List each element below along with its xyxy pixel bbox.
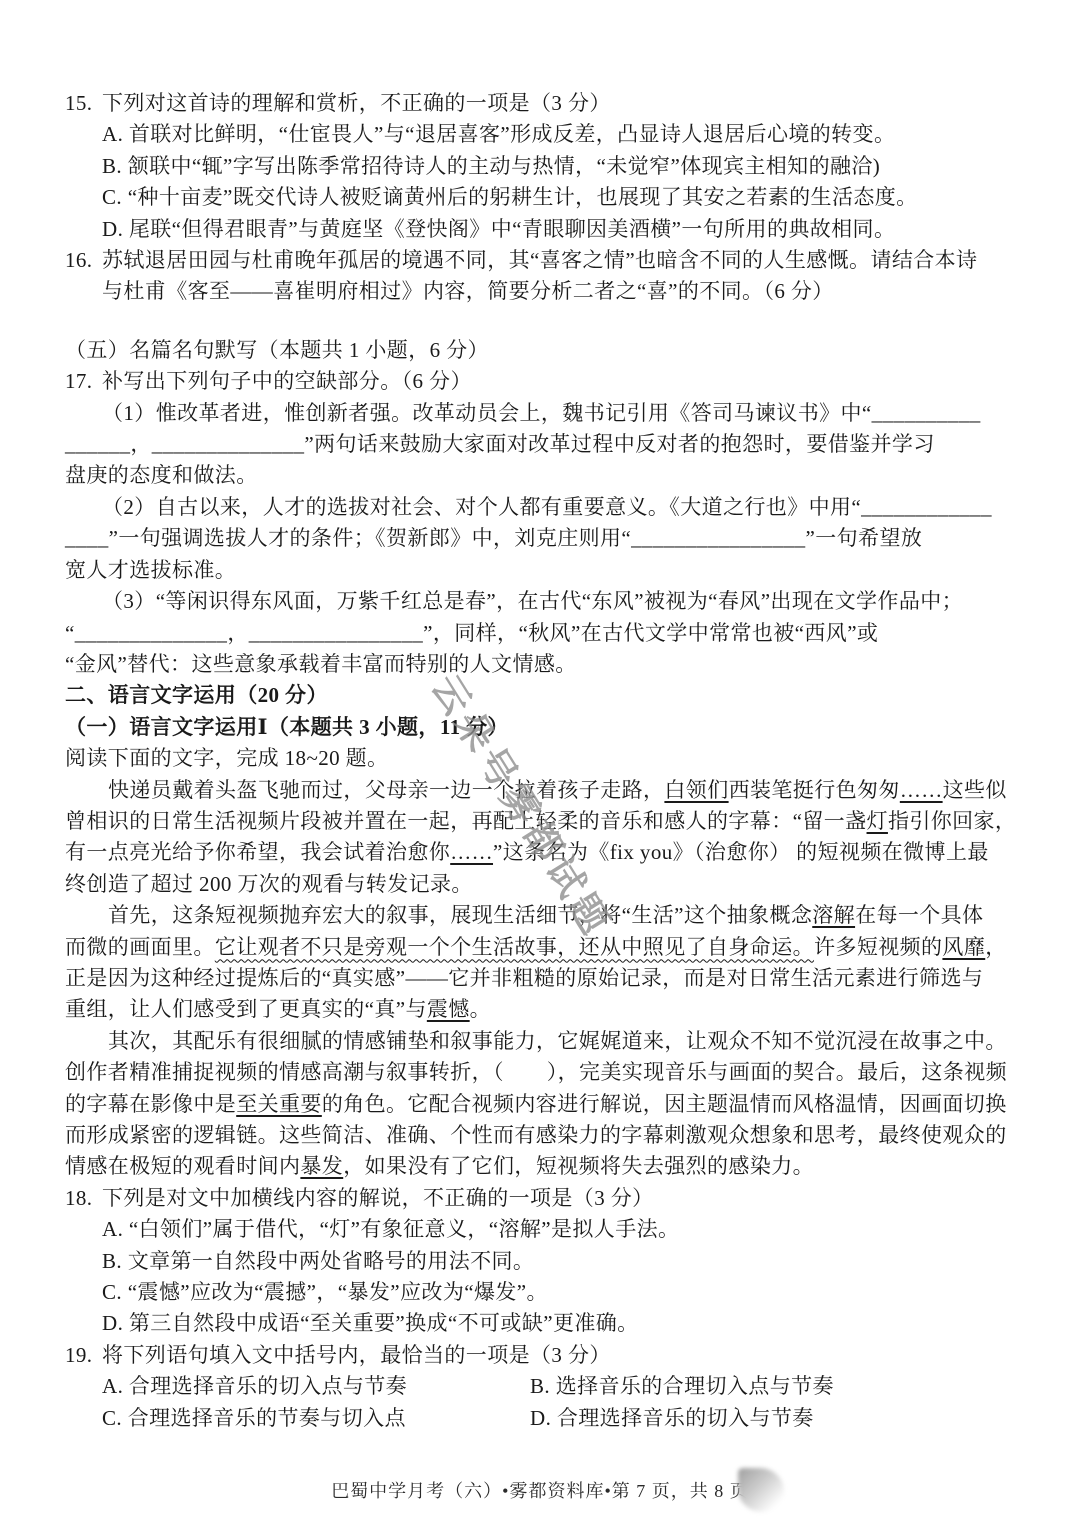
text-run: A. 首联对比鲜明，“仕宦畏人”与“退居喜客”形成反差，凸显诗人退居后心境的转变…: [102, 122, 895, 146]
text-run: B. 颔联中“辄”字写出陈季常招待诗人的主动与热情，“未觉窄”体现宾主相知的融洽…: [102, 154, 880, 178]
text-run: 与杜甫《客至——喜崔明府相过》内容，简要分析二者之“喜”的不同。（6 分）: [102, 279, 834, 303]
passage-p1-line2: 曾相识的日常生活视频片段被并置在一起，再配上轻柔的音乐和感人的字幕：“留一盏灯指…: [65, 806, 1023, 837]
passage-p2-line4: 重组，让人们感受到了更真实的“真”与震憾。: [65, 994, 1023, 1025]
text-run: 指引你回家，: [888, 809, 1016, 833]
q15-option-a: A. 首联对比鲜明，“仕宦畏人”与“退居喜客”形成反差，凸显诗人退居后心境的转变…: [65, 119, 1023, 150]
q17-blank-2-line1: （2）自古以来，人才的选拔对社会、对个人都有重要意义。《大道之行也》中用“___…: [65, 492, 1023, 523]
text-run: B. 文章第一自然段中两处省略号的用法不同。: [102, 1249, 534, 1273]
option-column: D. 合理选择音乐的切入与节奏: [530, 1403, 814, 1434]
exam-page: 15.下列对这首诗的理解和赏析，不正确的一项是（3 分）A. 首联对比鲜明，“仕…: [65, 88, 1023, 1434]
text-run: 将下列语句填入文中括号内，最恰当的一项是（3 分）: [102, 1343, 611, 1367]
text-run: （2）自古以来，人才的选拔对社会、对个人都有重要意义。《大道之行也》中用“___…: [102, 495, 992, 519]
q17-blank-1-line1: （1）惟改革者进，惟创新者强。改革动员会上，魏书记引用《答司马谏议书》中“___…: [65, 398, 1023, 429]
text-run: B. 选择音乐的合理切入点与节奏: [530, 1374, 834, 1398]
q17-blank-1-line2: ______，______________”两句话来鼓励大家面对改革过程中反对者…: [65, 429, 1023, 460]
wavy-underlined-text: 它让观者不只是旁观一个个生活故事，还从中照见了自身命运。: [215, 935, 814, 959]
underlined-text: 暴发: [300, 1154, 343, 1178]
q18-stem: 18.下列是对文中加横线内容的解说，不正确的一项是（3 分）: [65, 1183, 1023, 1214]
q17-blank-1-line3: 盘庚的态度和做法。: [65, 460, 1023, 491]
q18-option-b: B. 文章第一自然段中两处省略号的用法不同。: [65, 1246, 1023, 1277]
reading-instruction: 阅读下面的文字，完成 18~20 题。: [65, 743, 1023, 774]
text-run: ______，______________”两句话来鼓励大家面对改革过程中反对者…: [65, 432, 935, 456]
q17-blank-3-line1: （3）“等闲识得东风面，万紫千红总是春”，在古代“东风”被视为“春风”出现在文学…: [65, 586, 1023, 617]
option-column: C. 合理选择音乐的节奏与切入点: [102, 1403, 530, 1434]
text-run: 的字幕在影像中是: [65, 1092, 236, 1116]
passage-p3-line5: 情感在极短的观看时间内暴发，如果没有了它们，短视频将失去强烈的感染力。: [65, 1151, 1023, 1182]
text-run: （1）惟改革者进，惟创新者强。改革动员会上，魏书记引用《答司马谏议书》中“___…: [102, 401, 981, 425]
q18-option-d: D. 第三自然段中成语“至关重要”换成“不可或缺”更准确。: [65, 1308, 1023, 1339]
passage-p3-line1: 其次，其配乐有很细腻的情感铺垫和叙事能力，它娓娓道来，让观众不知不觉沉浸在故事之…: [65, 1026, 1023, 1057]
text-run: 情感在极短的观看时间内: [65, 1154, 300, 1178]
option-column: A. 合理选择音乐的切入点与节奏: [102, 1371, 530, 1402]
text-run: D. 尾联“但得君眼青”与黄庭坚《登快阁》中“青眼聊因美酒横”一句所用的典故相同…: [102, 217, 895, 241]
text-run: 曾相识的日常生活视频片段被并置在一起，再配上轻柔的音乐和感人的字幕：“留一盏: [65, 809, 867, 833]
exam-body: 15.下列对这首诗的理解和赏析，不正确的一项是（3 分）A. 首联对比鲜明，“仕…: [65, 88, 1023, 1434]
q17-blank-2-line3: 宽人才选拔标准。: [65, 555, 1023, 586]
text-run: ____”一句强调选拔人才的条件；《贺新郎》中，刘克庄则用“__________…: [65, 526, 922, 550]
q15-stem: 15.下列对这首诗的理解和赏析，不正确的一项是（3 分）: [65, 88, 1023, 119]
text-run: （一）语言文字运用Ⅰ（本题共 3 小题，11 分）: [65, 715, 509, 739]
q18-option-c: C. “震憾”应改为“震撼”，“暴发”应改为“爆发”。: [65, 1277, 1023, 1308]
question-number: 19.: [65, 1340, 102, 1371]
text-run: 的角色。它配合视频内容进行解说，因主题温情而风格温情，因画面切换: [322, 1092, 1007, 1116]
text-run: ，: [985, 935, 1006, 959]
text-run: 西装笔挺行色匆匆: [729, 778, 900, 802]
text-run: 快递员戴着头盔飞驰而过，父母亲一边一个拉着孩子走路，: [108, 778, 664, 802]
passage-p2-line3: 正是因为这种经过提炼后的“真实感”——它并非粗糙的原始记录，而是对日常生活元素进…: [65, 963, 1023, 994]
spacer: [65, 308, 1023, 335]
passage-p1-line4: 终创造了超过 200 万次的观看与转发记录。: [65, 869, 1023, 900]
text-run: A. “白领们”属于借代，“灯”有象征意义，“溶解”是拟人手法。: [102, 1217, 679, 1241]
text-run: “金风”替代：这些意象承载着丰富而特别的人文情感。: [65, 652, 577, 676]
text-run: 重组，让人们感受到了更真实的“真”与: [65, 997, 427, 1021]
question-number: 16.: [65, 245, 102, 276]
text-run: D. 合理选择音乐的切入与节奏: [530, 1406, 814, 1430]
question-number: 17.: [65, 366, 102, 397]
q19-stem: 19.将下列语句填入文中括号内，最恰当的一项是（3 分）: [65, 1340, 1023, 1371]
text-run: 宽人才选拔标准。: [65, 558, 236, 582]
q17-blank-3-line2: “______________，________________”，同样，“秋风…: [65, 618, 1023, 649]
question-number: 15.: [65, 88, 102, 119]
underlined-text: 溶解: [812, 903, 855, 927]
underlined-text: 震憾: [427, 997, 470, 1021]
question-number: 18.: [65, 1183, 102, 1214]
q17-blank-2-line2: ____”一句强调选拔人才的条件；《贺新郎》中，刘克庄则用“__________…: [65, 523, 1023, 554]
text-run: （五）名篇名句默写（本题共 1 小题，6 分）: [65, 338, 489, 362]
text-run: ”这条名为《fix you》（治愈你） 的短视频在微博上最: [493, 840, 989, 864]
q17-stem: 17.补写出下列句子中的空缺部分。（6 分）: [65, 366, 1023, 397]
q16-stem: 16.苏轼退居田园与杜甫晚年孤居的境遇不同，其“喜客之情”也暗含不同的人生感慨。…: [65, 245, 1023, 276]
text-run: ，如果没有了它们，短视频将失去强烈的感染力。: [343, 1154, 814, 1178]
passage-p2-line2: 而微的画面里。它让观者不只是旁观一个个生活故事，还从中照见了自身命运。许多短视频…: [65, 932, 1023, 963]
text-run: 而微的画面里。: [65, 935, 215, 959]
text-run: （3）“等闲识得东风面，万紫千红总是春”，在古代“东风”被视为“春风”出现在文学…: [102, 589, 963, 613]
passage-p3-line2: 创作者精准捕捉视频的情感高潮与叙事转折，（ ），完美实现音乐与画面的契合。最后，…: [65, 1057, 1023, 1088]
text-run: 苏轼退居田园与杜甫晚年孤居的境遇不同，其“喜客之情”也暗含不同的人生感慨。请结合…: [102, 248, 977, 272]
q19-options-row2: C. 合理选择音乐的节奏与切入点D. 合理选择音乐的切入与节奏: [65, 1403, 1023, 1434]
text-run: “______________，________________”，同样，“秋风…: [65, 621, 878, 645]
text-run: C. 合理选择音乐的节奏与切入点: [102, 1406, 406, 1430]
underlined-text: ……: [450, 840, 493, 864]
underlined-text: 白领们: [664, 778, 728, 802]
text-run: C. “种十亩麦”既交代诗人被贬谪黄州后的躬耕生计，也展现了其安之若素的生活态度…: [102, 185, 918, 209]
text-run: 补写出下列句子中的空缺部分。（6 分）: [102, 369, 472, 393]
text-run: 终创造了超过 200 万次的观看与转发记录。: [65, 872, 473, 896]
text-run: 。: [470, 997, 491, 1021]
option-column: B. 选择音乐的合理切入点与节奏: [530, 1371, 834, 1402]
underlined-text: 灯: [867, 809, 888, 833]
text-run: 下列是对文中加横线内容的解说，不正确的一项是（3 分）: [102, 1186, 654, 1210]
q15-option-b: B. 颔联中“辄”字写出陈季常招待诗人的主动与热情，“未觉窄”体现宾主相知的融洽…: [65, 151, 1023, 182]
underlined-text: 至关重要: [236, 1092, 322, 1116]
underlined-text: 风靡: [942, 935, 985, 959]
passage-p1-line3: 有一点亮光给予你希望，我会试着治愈你……”这条名为《fix you》（治愈你） …: [65, 837, 1023, 868]
page-footer: 巴蜀中学月考（六）•雾都资料库•第 7 页，共 8 页: [0, 1477, 1080, 1503]
q15-option-c: C. “种十亩麦”既交代诗人被贬谪黄州后的躬耕生计，也展现了其安之若素的生活态度…: [65, 182, 1023, 213]
scan-smudge: [738, 1468, 784, 1512]
text-run: 盘庚的态度和做法。: [65, 463, 258, 487]
text-run: 首先，这条短视频抛弃宏大的叙事，展现生活细节，将“生活”这个抽象概念: [108, 903, 812, 927]
section-2-1-heading: （一）语言文字运用Ⅰ（本题共 3 小题，11 分）: [65, 712, 1023, 743]
text-run: 二、语言文字运用（20 分）: [65, 683, 328, 707]
text-run: 这些似: [943, 778, 1007, 802]
section-2-heading: 二、语言文字运用（20 分）: [65, 680, 1023, 711]
text-run: 在每一个具体: [855, 903, 983, 927]
text-run: A. 合理选择音乐的切入点与节奏: [102, 1374, 407, 1398]
text-run: 阅读下面的文字，完成 18~20 题。: [65, 746, 388, 770]
q16-stem-cont: 与杜甫《客至——喜崔明府相过》内容，简要分析二者之“喜”的不同。（6 分）: [65, 276, 1023, 307]
text-run: 正是因为这种经过提炼后的“真实感”——它并非粗糙的原始记录，而是对日常生活元素进…: [65, 966, 983, 990]
text-run: 许多短视频的: [814, 935, 942, 959]
underlined-text: ……: [900, 778, 943, 802]
text-run: C. “震憾”应改为“震撼”，“暴发”应改为“爆发”。: [102, 1280, 548, 1304]
q17-blank-3-line3: “金风”替代：这些意象承载着丰富而特别的人文情感。: [65, 649, 1023, 680]
passage-p1-line1: 快递员戴着头盔飞驰而过，父母亲一边一个拉着孩子走路，白领们西装笔挺行色匆匆……这…: [65, 775, 1023, 806]
passage-p3-line4: 而形成紧密的逻辑链。这些简洁、准确、个性而有感染力的字幕刺激观众想象和思考，最终…: [65, 1120, 1023, 1151]
text-run: 创作者精准捕捉视频的情感高潮与叙事转折，（ ），完美实现音乐与画面的契合。最后，…: [65, 1060, 1007, 1084]
section-5-heading: （五）名篇名句默写（本题共 1 小题，6 分）: [65, 335, 1023, 366]
text-run: 下列对这首诗的理解和赏析，不正确的一项是（3 分）: [102, 91, 611, 115]
text-run: 有一点亮光给予你希望，我会试着治愈你: [65, 840, 450, 864]
text-run: D. 第三自然段中成语“至关重要”换成“不可或缺”更准确。: [102, 1311, 639, 1335]
passage-p2-line1: 首先，这条短视频抛弃宏大的叙事，展现生活细节，将“生活”这个抽象概念溶解在每一个…: [65, 900, 1023, 931]
text-run: 其次，其配乐有很细腻的情感铺垫和叙事能力，它娓娓道来，让观众不知不觉沉浸在故事之…: [108, 1029, 1007, 1053]
passage-p3-line3: 的字幕在影像中是至关重要的角色。它配合视频内容进行解说，因主题温情而风格温情，因…: [65, 1089, 1023, 1120]
q19-options-row1: A. 合理选择音乐的切入点与节奏B. 选择音乐的合理切入点与节奏: [65, 1371, 1023, 1402]
q18-option-a: A. “白领们”属于借代，“灯”有象征意义，“溶解”是拟人手法。: [65, 1214, 1023, 1245]
text-run: 而形成紧密的逻辑链。这些简洁、准确、个性而有感染力的字幕刺激观众想象和思考，最终…: [65, 1123, 1007, 1147]
q15-option-d: D. 尾联“但得君眼青”与黄庭坚《登快阁》中“青眼聊因美酒横”一句所用的典故相同…: [65, 214, 1023, 245]
